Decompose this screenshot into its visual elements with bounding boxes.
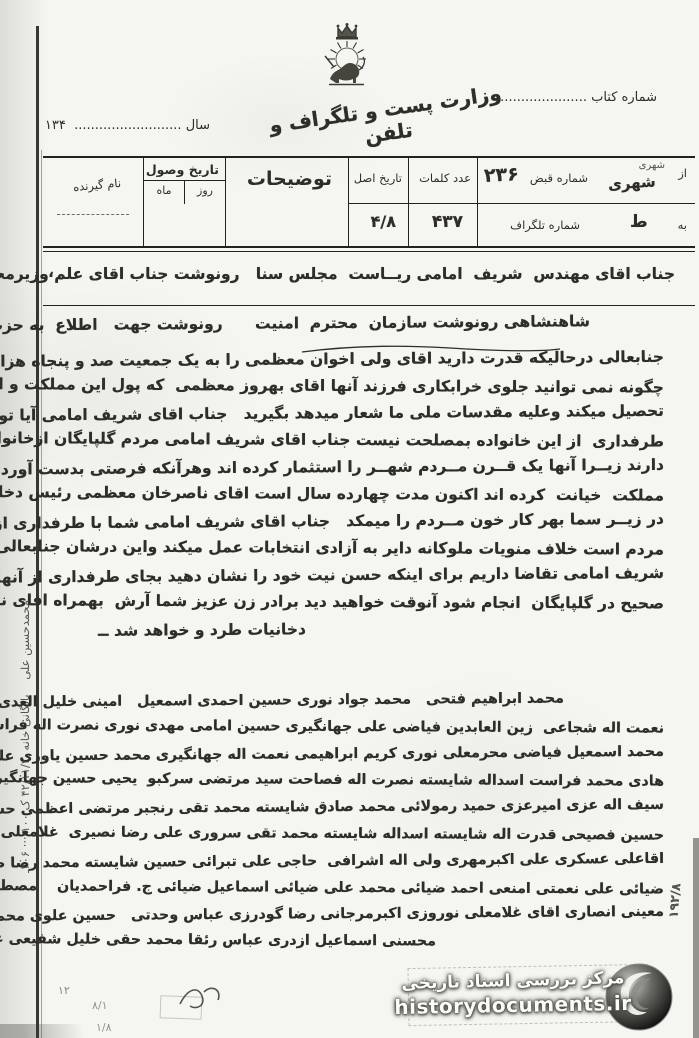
bottom-mark-1: ۱۲ xyxy=(58,984,70,997)
year-field: سال .......................... ۱۳۴ xyxy=(45,118,210,133)
body-line: مملکت خیانت کرده اند اکنون مدت چهارده سا… xyxy=(48,483,664,513)
telegram-document-scan: شماره کتاب ...................... سال ..… xyxy=(0,0,699,1038)
watermark-url: historydocuments.ir xyxy=(375,991,651,1020)
month-label: ماه xyxy=(144,181,184,204)
word-count-value: ۴۳۷ xyxy=(432,212,463,232)
right-scan-edge xyxy=(693,838,699,1038)
signature-line: محسنی اسماعیل ازدری عباس رئقا محمد حقی خ… xyxy=(48,932,664,962)
word-count-cell: عدد کلمات ۴۳۷ xyxy=(408,158,477,246)
body-line: صحیح در گلپایگان انجام شود آنوقت خواهید … xyxy=(48,591,664,621)
body-line: مردم است خلاف منویات ملوکانه دایر به آزا… xyxy=(48,537,664,567)
day-month-subrow: روز ماه xyxy=(144,180,225,204)
arrival-date-cell: تاریخ وصول روز ماه xyxy=(143,158,225,246)
arrival-date-label: تاریخ وصول xyxy=(146,162,219,177)
body-line: در زیــر سما بهر کار خون مــردم را میمکد… xyxy=(48,510,664,541)
from-to-cell: از شهری شهری به ط xyxy=(598,158,695,246)
address-line-2: شاهنشاهی رونوشت سازمان محترم امنیت رونوش… xyxy=(100,312,590,333)
original-date-label: تاریخ اصل xyxy=(354,171,402,185)
from-value-printed: شهری xyxy=(639,160,665,171)
notes-label: توضیحات xyxy=(247,168,332,190)
signature-squiggle xyxy=(178,982,226,1020)
signature-line: معینی انصاری اقای غلامعلی نوروزی اکبرمرج… xyxy=(48,904,664,935)
original-date-cell: تاریخ اصل ۴/۸ xyxy=(348,158,408,246)
signature-line: سیف اله عزی امیرعزی حمید رمولائی محمد صا… xyxy=(48,797,664,828)
signature-line: ضیائی علی نعمتی امنعی احمد ضیائی محمد عل… xyxy=(48,878,664,908)
archive-vertical-note: محمدحسین علی بایگانی خانه ۴۲/۱۱/۲ ک ۱۰۰ … xyxy=(18,600,32,900)
body-line: دخانیات طرد و خواهد شد ــ xyxy=(48,618,664,649)
body-line: تحصیل میکند وعلیه مقدسات ملی ما شعار مید… xyxy=(48,402,664,433)
bottom-mark-3: ۱/۸ xyxy=(96,1021,112,1034)
signature-line: حسین فصیحی قدرت اله شایسته اسداله شایسته… xyxy=(48,824,664,854)
lion-and-sun-emblem-icon xyxy=(316,22,378,100)
word-count-label: عدد کلمات xyxy=(419,171,471,185)
signature-line: اقاعلی عسکری علی اکبرمهری ولی اله اشرافی… xyxy=(48,851,664,882)
body-line: طرفداری از این خانواده بمصلحت نیست جناب … xyxy=(48,429,664,459)
signatories-list: محمد ابراهیم فتحی محمد جواد نوری حسین اح… xyxy=(48,692,664,960)
original-date-value: ۴/۸ xyxy=(371,212,396,231)
bottom-mark-2: ۸/۱ xyxy=(92,999,108,1012)
address-line-1: جناب اقای مهندس شریف امامی ریــاست مجلس … xyxy=(43,251,695,306)
row-divider xyxy=(349,203,408,204)
signature-line: هادی محمد فراست اسداله شایسته نصرت اله ف… xyxy=(48,771,664,801)
telegraph-number-label: شماره تلگراف xyxy=(510,218,580,232)
day-label: روز xyxy=(184,181,225,204)
row-divider xyxy=(478,203,598,204)
telegram-form-table: از شهری شهری به ط شماره قبض ۲۳۶ شماره تل… xyxy=(43,156,695,248)
from-label: از xyxy=(678,166,687,180)
body-line: چگونه نمی توانید جلوی خرابکاری فرزند آنه… xyxy=(48,375,664,405)
body-line: دارند زیــرا آنها یک قــرن مــردم شهــر … xyxy=(48,456,664,487)
address-comma-mark: ، xyxy=(48,262,54,281)
telegram-body-text: جنابعالی درحالیکه قدرت دارید اقای ولی اخ… xyxy=(48,350,664,647)
receipt-number-cell: شماره قبض ۲۳۶ شماره تلگراف xyxy=(477,158,598,246)
row-divider xyxy=(409,203,477,204)
notes-cell: توضیحات xyxy=(225,158,348,246)
to-label: به xyxy=(678,218,687,232)
body-line: شریف امامی تقاضا داریم برای اینکه حسن نی… xyxy=(48,564,664,595)
body-line: جنابعالی درحالیکه قدرت دارید اقای ولی اخ… xyxy=(48,348,664,379)
receiver-name-label: نام گیرنده xyxy=(72,176,121,194)
to-value-handwritten: ط xyxy=(630,212,648,232)
ministry-title-calligraphy: وزارت پست و تلگراف و تلفن xyxy=(260,80,514,162)
signature-line: محمد ابراهیم فتحی محمد جواد نوری حسین اح… xyxy=(48,690,664,721)
receiver-fill-line xyxy=(57,214,129,215)
receipt-number-value: ۲۳۶ xyxy=(483,163,519,187)
receiver-name-cell: نام گیرنده xyxy=(43,158,143,246)
from-value-handwritten: شهری xyxy=(607,172,656,193)
receipt-number-label: شماره قبض xyxy=(530,171,588,185)
row-divider xyxy=(598,203,695,204)
signature-line: نعمت اله شجاعی زین العابدین فیاضی علی جه… xyxy=(48,717,664,747)
